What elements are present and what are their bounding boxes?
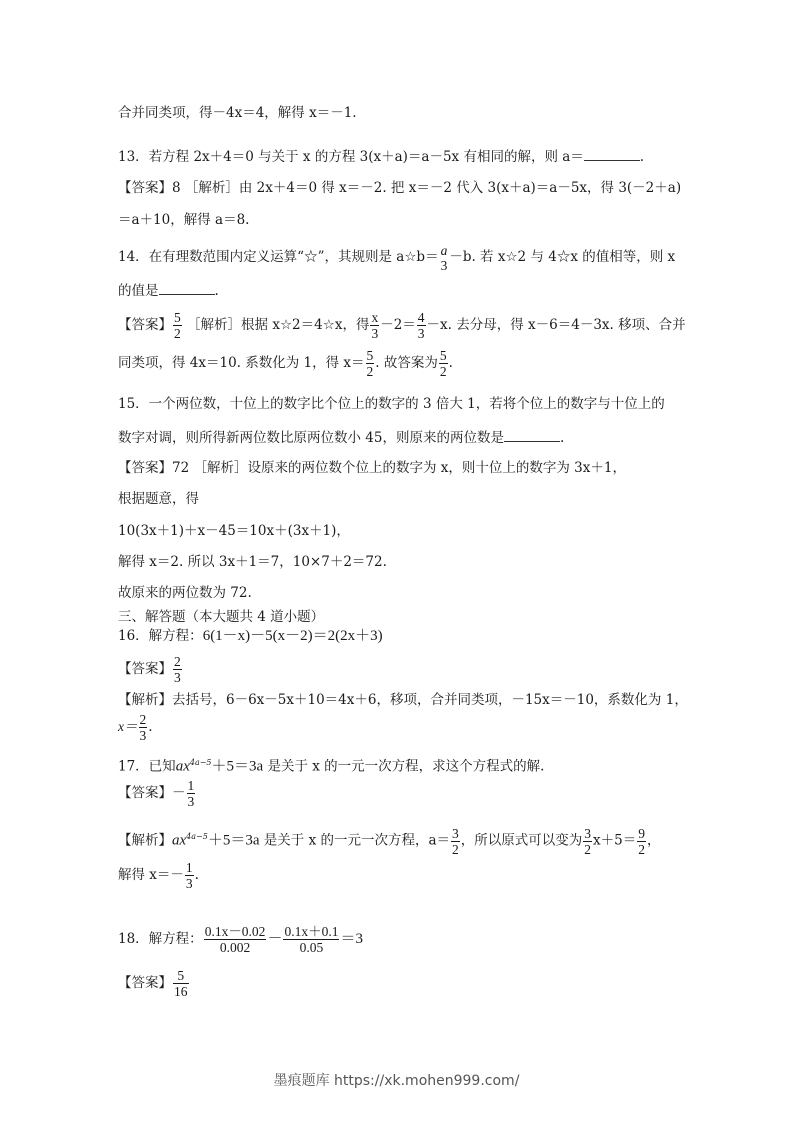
question-17-label: 17．已知 <box>118 759 176 775</box>
equation: ＝3 <box>340 931 363 947</box>
fraction: 23 <box>139 712 148 743</box>
fraction: 0.1x－0.020.002 <box>204 924 267 955</box>
question-14-text: 14．在有理数范围内定义运算“☆”，其规则是 a☆b＝ <box>118 249 439 265</box>
fraction: x3 <box>370 310 379 341</box>
section-heading: 三、解答题（本大题共 4 道小题） <box>118 608 324 626</box>
analysis-label: 【解析】 <box>118 692 172 708</box>
analysis-17-line2: 解得 x＝－13. <box>118 858 199 892</box>
fraction: 516 <box>173 968 189 999</box>
period: . <box>195 867 199 883</box>
analysis-17-line1: 【解析】ax4a−5＋5＝3a 是关于 x 的一元一次方程，a＝32，所以原式可… <box>118 820 661 858</box>
fraction: 32 <box>583 826 592 857</box>
analysis-text: ，所以原式可以变为 <box>461 833 583 849</box>
analysis-text: x＋5＝ <box>593 833 636 849</box>
period: . <box>449 355 453 371</box>
analysis-16-line2: x＝23. <box>118 710 153 744</box>
question-16-label: 16．解方程： <box>118 628 203 644</box>
equation: ax <box>172 833 186 849</box>
answer-17: 【答案】－13 <box>118 776 196 810</box>
answer-15-line1: 【答案】72 ［解析］设原来的两位数个位上的数字为 x，则十位上的数字为 3x＋… <box>118 459 626 477</box>
answer-18: 【答案】516 <box>118 966 190 1000</box>
fraction: 0.1x＋0.10.05 <box>283 924 339 955</box>
answer-15-line3: 10(3x＋1)＋x－45＝10x＋(3x＋1)， <box>118 522 350 540</box>
answer-15-line4: 解得 x＝2. 所以 3x＋1＝7，10×7＋2＝72. <box>118 553 387 571</box>
question-15-line1: 15．一个两位数，十位上的数字比个位上的数字的 3 倍大 1，若将个位上的数字与… <box>118 395 665 413</box>
answer-blank <box>504 427 560 442</box>
minus-sign: － <box>172 785 186 801</box>
equation: ＋5＝3a <box>212 759 264 775</box>
period: . <box>640 149 644 165</box>
question-15-line2: 数字对调，则所得新两位数比原两位数小 45，则原来的两位数是. <box>118 427 564 447</box>
question-18-label: 18．解方程： <box>118 931 203 947</box>
analysis-text: x＝ <box>118 719 138 734</box>
question-14-text-2: －b. 若 x☆2 与 4☆x 的值相等，则 x <box>449 249 675 265</box>
question-17: 17．已知ax4a−5＋5＝3a 是关于 x 的一元一次方程，求这个方程式的解. <box>118 754 544 776</box>
answer-label: 【答案】 <box>118 785 172 801</box>
question-14-text-3: 的值是 <box>118 283 159 299</box>
equation: 6(1－x)－5(x－2)＝2(2x＋3) <box>203 628 383 644</box>
analysis-16-line1: 【解析】去括号，6－6x－5x＋10＝4x＋6，移项，合并同类项，－15x＝－1… <box>118 691 688 709</box>
fraction: 23 <box>173 654 182 685</box>
question-15-text: 数字对调，则所得新两位数比原两位数小 45，则原来的两位数是 <box>118 430 504 446</box>
answer-14-line1: 【答案】52 ［解析］根据 x☆2＝4☆x，得x3－2＝43－x. 去分母，得 … <box>118 308 686 342</box>
answer-label: 【答案】 <box>118 661 172 677</box>
period: . <box>560 430 564 446</box>
question-13-text: 13．若方程 2x＋4＝0 与关于 x 的方程 3(x＋a)＝a－5x 有相同的… <box>118 149 584 165</box>
fraction: 52 <box>173 310 182 341</box>
answer-14-line2: 同类项，得 4x＝10. 系数化为 1，得 x＝52. 故答案为52. <box>118 346 453 380</box>
analysis-text: 解得 x＝－ <box>118 867 184 883</box>
analysis-text: . 故答案为 <box>375 355 438 371</box>
fraction: a3 <box>440 243 449 273</box>
analysis-text: ， <box>647 833 661 849</box>
analysis-text: －x. 去分母，得 x－6＝4－3x. 移项、合并 <box>427 317 686 333</box>
question-17-text: 是关于 x 的一元一次方程，求这个方程式的解. <box>263 759 544 775</box>
question-16: 16．解方程：6(1－x)－5(x－2)＝2(2x＋3) <box>118 627 383 645</box>
analysis-label: 【解析】 <box>118 833 172 849</box>
answer-blank <box>159 280 215 295</box>
analysis-text: 去括号，6－6x－5x＋10＝4x＋6，移项，合并同类项，－15x＝－10，系数… <box>172 692 688 708</box>
solution-line-prev: 合并同类项，得－4x＝4，解得 x＝－1. <box>118 104 357 122</box>
period: . <box>215 283 219 299</box>
answer-13-line2: ＝a＋10，解得 a＝8. <box>118 211 249 229</box>
footer-watermark: 墨痕题库 https://xk.mohen999.com/ <box>0 1070 793 1090</box>
fraction: 52 <box>439 348 448 379</box>
exponent: 4a−5 <box>190 758 212 767</box>
exponent: 4a−5 <box>186 832 208 841</box>
analysis-text: ［解析］根据 x☆2＝4☆x，得 <box>183 317 370 333</box>
answer-15-line5: 故原来的两位数为 72. <box>118 584 252 602</box>
answer-15-line2: 根据题意，得 <box>118 490 199 508</box>
question-18: 18．解方程：0.1x－0.020.002－0.1x＋0.10.05＝3 <box>118 922 363 956</box>
answer-label: 【答案】 <box>118 317 172 333</box>
answer-label: 【答案】 <box>118 975 172 991</box>
question-13: 13．若方程 2x＋4＝0 与关于 x 的方程 3(x＋a)＝a－5x 有相同的… <box>118 146 644 166</box>
period: . <box>148 719 152 735</box>
equation: ax <box>176 759 190 775</box>
fraction: 32 <box>451 826 460 857</box>
fraction: 52 <box>366 348 375 379</box>
analysis-text: －2＝ <box>380 317 416 333</box>
analysis-text: 同类项，得 4x＝10. 系数化为 1，得 x＝ <box>118 355 365 371</box>
answer-16: 【答案】23 <box>118 652 183 686</box>
answer-blank <box>584 146 640 161</box>
analysis-text: 是关于 x 的一元一次方程，a＝ <box>260 833 451 849</box>
equation: ＋5＝3a <box>208 833 260 849</box>
fraction: 13 <box>187 778 196 809</box>
minus-sign: － <box>267 931 282 947</box>
question-14: 14．在有理数范围内定义运算“☆”，其规则是 a☆b＝a3－b. 若 x☆2 与… <box>118 240 675 274</box>
fraction: 43 <box>417 310 426 341</box>
fraction: 92 <box>637 826 646 857</box>
answer-13-line1: 【答案】8 ［解析］由 2x＋4＝0 得 x＝－2. 把 x＝－2 代入 3(x… <box>118 179 681 197</box>
question-14-line2: 的值是. <box>118 280 219 300</box>
fraction: 13 <box>185 860 194 891</box>
